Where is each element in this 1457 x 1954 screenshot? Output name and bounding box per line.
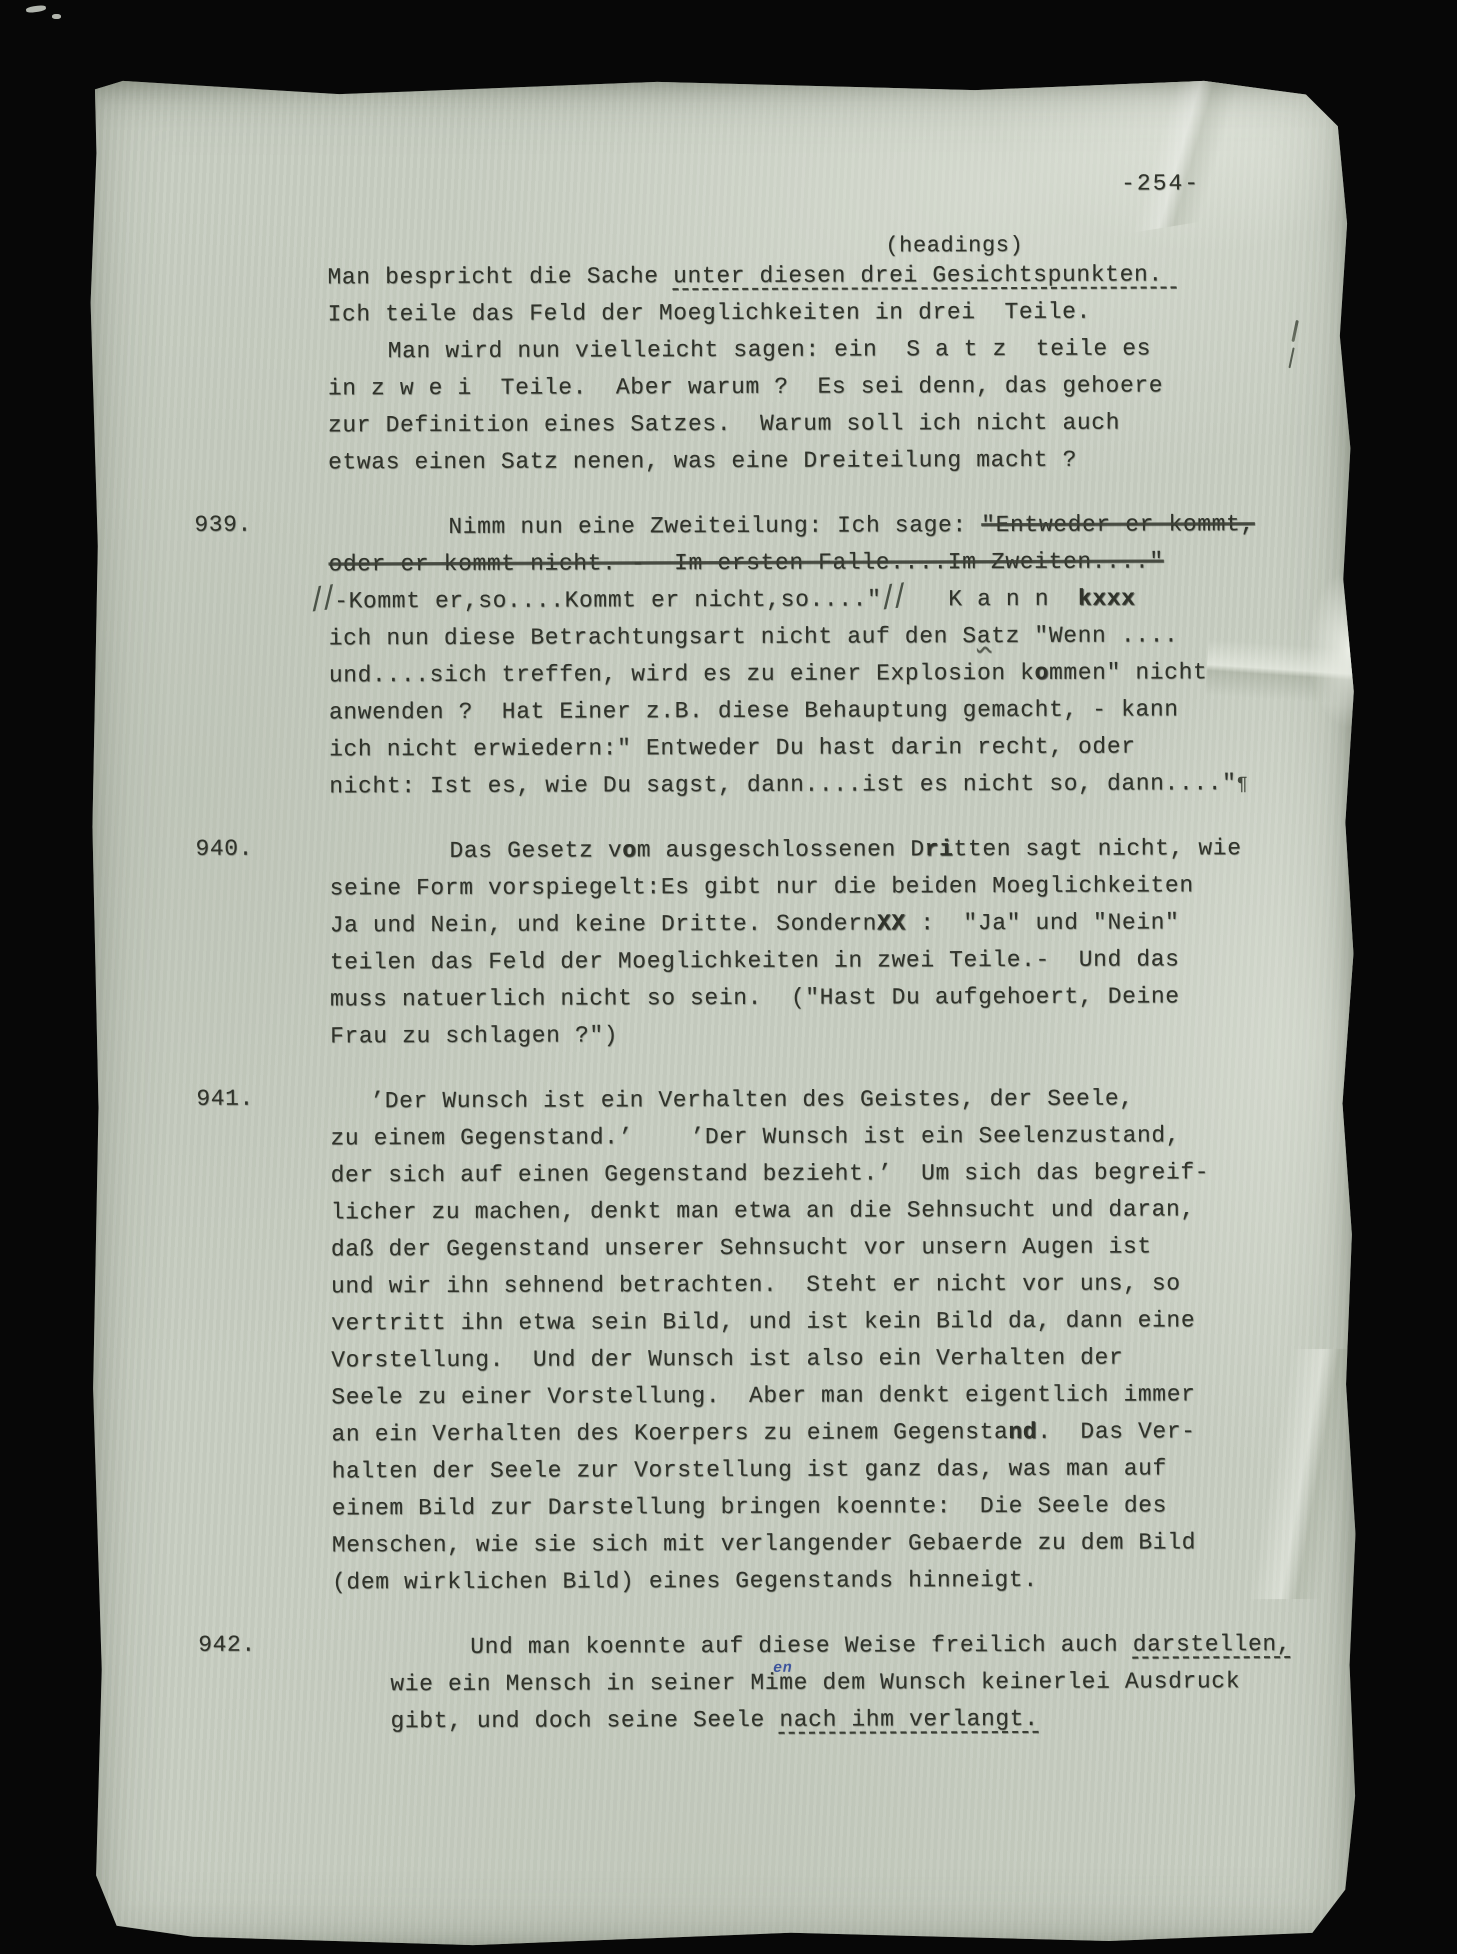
text-line: in z w e i Teile. Aber warum ? Es sei de… — [328, 367, 1338, 408]
text-segment: zur Definition eines Satzes. Warum soll … — [328, 410, 1120, 439]
text-segment: mmen" nicht — [1049, 659, 1208, 686]
struck-out-text: "Entweder er kommt, — [981, 511, 1255, 538]
text-segment: einem Bild zur Darstellung bringen koenn… — [332, 1492, 1167, 1521]
text-line: an ein Verhalten des Koerpers zu einem G… — [331, 1413, 1341, 1454]
text-line: Und man koennte auf diese Weise freilich… — [470, 1626, 1342, 1666]
text-segment: (dem wirklichen Bild) eines Gegenstands … — [332, 1567, 1038, 1595]
text-line: seine Form vorspiegelt:Es gibt nur die b… — [330, 867, 1340, 908]
text-line: Frau zu schlagen ?") — [330, 1015, 1340, 1056]
text-segment: Und man koennte auf diese Weise freilich… — [470, 1632, 1133, 1660]
text-segment: etwas einen Satz nenen, was eine Dreitei… — [328, 447, 1077, 476]
text-line: gibt, und doch seine Seele nach ihm verl… — [390, 1700, 1342, 1740]
text-segment: Frau zu schlagen ?") — [330, 1022, 618, 1049]
text-line: Man wird nun vielleicht sagen: ein S a t… — [388, 330, 1338, 370]
text-line: muss natuerlich nicht so sein. ("Hast Du… — [330, 978, 1340, 1019]
page-number: -254- — [1121, 170, 1200, 196]
text-line: Menschen, wie sie sich mit verlangender … — [332, 1524, 1342, 1565]
text-line: Ich teile das Feld der Moeglichkeiten in… — [327, 293, 1337, 334]
text-segment: in z w e i Teile. Aber warum ? Es sei de… — [328, 372, 1163, 401]
text-flow: Man bespricht die Sache unter diesen dre… — [327, 256, 1342, 1769]
text-segment: zu einem Gegenstand.’ ’Der Wunsch ist ei… — [330, 1122, 1180, 1151]
text-line: ich nun diese Betrachtungsart nicht auf … — [329, 617, 1339, 658]
dust-speck — [26, 5, 47, 14]
text-line: und wir ihn sehnend betrachten. Steht er… — [331, 1265, 1341, 1306]
text-line: ich nicht erwiedern:" Entweder Du hast d… — [329, 728, 1339, 769]
text-segment: Nimm nun eine Zweiteilung: Ich sage: — [448, 512, 981, 540]
text-line: etwas einen Satz nenen, was eine Dreitei… — [328, 441, 1338, 482]
text-segment: -Kommt er,so....Kommt er nicht,so...." — [334, 586, 881, 614]
text-segment: und....sich treffen, wird es zu einer Ex… — [329, 660, 1035, 688]
text-segment: . Das Ver- — [1037, 1418, 1196, 1445]
paragraph-intro: Man bespricht die Sache unter diesen dre… — [327, 256, 1338, 482]
text-line: Vorstellung. Und der Wunsch ist also ein… — [331, 1339, 1341, 1380]
overtyped-text: o — [622, 837, 636, 863]
text-segment: Das Gesetz v — [449, 837, 622, 864]
squiggle-marked-letter: a — [977, 623, 991, 649]
dust-speck — [52, 14, 61, 19]
text-segment: ich nicht erwiedern:" Entweder Du hast d… — [329, 734, 1136, 763]
paragraph-number: 942. — [198, 1632, 256, 1658]
paragraph-939: 939.Nimm nun eine Zweiteilung: Ich sage:… — [328, 506, 1339, 806]
text-segment: ich nun diese Betrachtungsart nicht auf … — [329, 623, 977, 651]
text-segment: an ein Verhalten des Koerpers zu einem G… — [331, 1419, 1008, 1447]
text-segment: Man bespricht die Sache — [327, 263, 673, 290]
text-segment: me dem Wunsch keinerlei Ausdruck — [779, 1668, 1240, 1696]
text-line: Ja und Nein, und keine Dritte. SondernXX… — [330, 904, 1340, 945]
text-segment: gibt, und doch seine Seele — [390, 1707, 779, 1734]
text-line: und....sich treffen, wird es zu einer Ex… — [329, 654, 1339, 695]
text-segment: Seele zu einer Vorstellung. Aber man den… — [331, 1381, 1195, 1410]
text-line: oder er kommt nicht. - Im ersten Falle..… — [328, 543, 1338, 584]
photo-background: -254- (headings) Man bespricht die Sache… — [0, 0, 1457, 1954]
text-line: licher zu machen, denkt man etwa an die … — [331, 1191, 1341, 1232]
text-segment: Man wird nun vielleicht sagen: ein S a t… — [388, 336, 1151, 365]
underlined-text: nach ihm verlangt. — [779, 1706, 1038, 1733]
text-segment: tz "Wenn .... — [991, 622, 1178, 649]
text-segment: Ich teile das Feld der Moeglichkeiten in… — [328, 299, 1091, 328]
overtyped-text: ri — [925, 836, 954, 862]
text-line: //-Kommt er,so....Kommt er nicht,so...."… — [311, 580, 1339, 621]
text-line: anwenden ? Hat Einer z.B. diese Behauptu… — [329, 691, 1339, 732]
text-line: Nimm nun eine Zweiteilung: Ich sage: "En… — [448, 506, 1338, 546]
text-segment: ’Der Wunsch ist ein Verhalten des Geiste… — [370, 1086, 1133, 1115]
headings-annotation: (headings) — [885, 233, 1023, 258]
text-line: zur Definition eines Satzes. Warum soll … — [328, 404, 1338, 445]
text-segment: daß der Gegenstand unserer Sehnsucht vor… — [331, 1234, 1152, 1263]
text-line: vertritt ihn etwa sein Bild, und ist kei… — [331, 1302, 1341, 1343]
text-line: daß der Gegenstand unserer Sehnsucht vor… — [331, 1228, 1341, 1269]
text-segment: muss natuerlich nicht so sein. ("Hast Du… — [330, 983, 1180, 1012]
text-line: wie ein Mensch in seiner Mienme dem Wuns… — [390, 1663, 1342, 1703]
text-segment: seine Form vorspiegelt:Es gibt nur die b… — [330, 872, 1194, 901]
text-line: ’Der Wunsch ist ein Verhalten des Geiste… — [370, 1080, 1340, 1120]
text-line: (dem wirklichen Bild) eines Gegenstands … — [332, 1561, 1342, 1602]
overtyped-text: o — [1034, 660, 1048, 686]
text-segment: nicht: Ist es, wie Du sagst, dann....ist… — [329, 770, 1236, 799]
typescript-page: -254- (headings) Man bespricht die Sache… — [85, 74, 1364, 1950]
text-segment: anwenden ? Hat Einer z.B. diese Behauptu… — [329, 696, 1179, 725]
text-line: halten der Seele zur Vorstellung ist gan… — [332, 1450, 1342, 1491]
text-segment: vertritt ihn etwa sein Bild, und ist kei… — [331, 1307, 1195, 1336]
underlined-text: darstellen, — [1133, 1631, 1292, 1658]
text-segment: Menschen, wie sie sich mit verlangender … — [332, 1529, 1196, 1558]
paper-crease — [1026, 58, 1356, 246]
paragraph-940: 940.Das Gesetz vom ausgeschlossenen Drit… — [329, 830, 1340, 1056]
text-segment: und wir ihn sehnend betrachten. Steht er… — [331, 1270, 1181, 1299]
text-segment: halten der Seele zur Vorstellung ist gan… — [332, 1455, 1167, 1484]
text-segment: Vorstellung. Und der Wunsch ist also ein… — [331, 1345, 1123, 1374]
text-segment: teilen das Feld der Moeglichkeiten in zw… — [330, 946, 1180, 975]
paragraph-number: 941. — [196, 1086, 254, 1112]
text-segment: m ausgeschlossenen D — [637, 836, 925, 863]
text-line: nicht: Ist es, wie Du sagst, dann....ist… — [329, 765, 1339, 806]
text-segment: tten sagt nicht, wie — [953, 835, 1241, 862]
text-segment: Ja und Nein, und keine Dritte. Sondern — [330, 910, 877, 938]
text-line: einem Bild zur Darstellung bringen koenn… — [332, 1487, 1342, 1528]
paragraph-number: 939. — [194, 512, 252, 538]
pencil-paragraph-mark: ¶ — [1237, 773, 1249, 795]
overtyped-text: nd — [1008, 1419, 1037, 1445]
paragraph-942: 942.Und man koennte auf diese Weise frei… — [390, 1626, 1342, 1740]
text-segment: : "Ja" und "Nein" — [906, 909, 1180, 936]
text-segment: K a n n — [905, 586, 1078, 613]
text-line: zu einem Gegenstand.’ ’Der Wunsch ist ei… — [330, 1117, 1340, 1158]
paragraph-number: 940. — [195, 836, 253, 862]
struck-out-text: oder er kommt nicht. - Im ersten Falle..… — [328, 548, 1163, 577]
text-line: Seele zu einer Vorstellung. Aber man den… — [331, 1376, 1341, 1417]
overtyped-text: kxxx — [1078, 586, 1136, 612]
text-segment: der sich auf einen Gegenstand bezieht.’ … — [331, 1159, 1210, 1188]
underlined-text: unter diesen drei Gesichtspunkten. — [673, 261, 1177, 289]
text-line: der sich auf einen Gegenstand bezieht.’ … — [331, 1154, 1341, 1195]
text-line: teilen das Feld der Moeglichkeiten in zw… — [330, 941, 1340, 982]
text-segment: wie ein Mensch in seiner Mi — [390, 1670, 779, 1697]
text-line: Man bespricht die Sache unter diesen dre… — [327, 256, 1337, 297]
text-line: Das Gesetz vom ausgeschlossenen Dritten … — [449, 830, 1339, 870]
text-segment: licher zu machen, denkt man etwa an die … — [331, 1196, 1195, 1225]
overtyped-text: XX — [877, 910, 906, 936]
paragraph-941: 941.’Der Wunsch ist ein Verhalten des Ge… — [330, 1080, 1342, 1602]
